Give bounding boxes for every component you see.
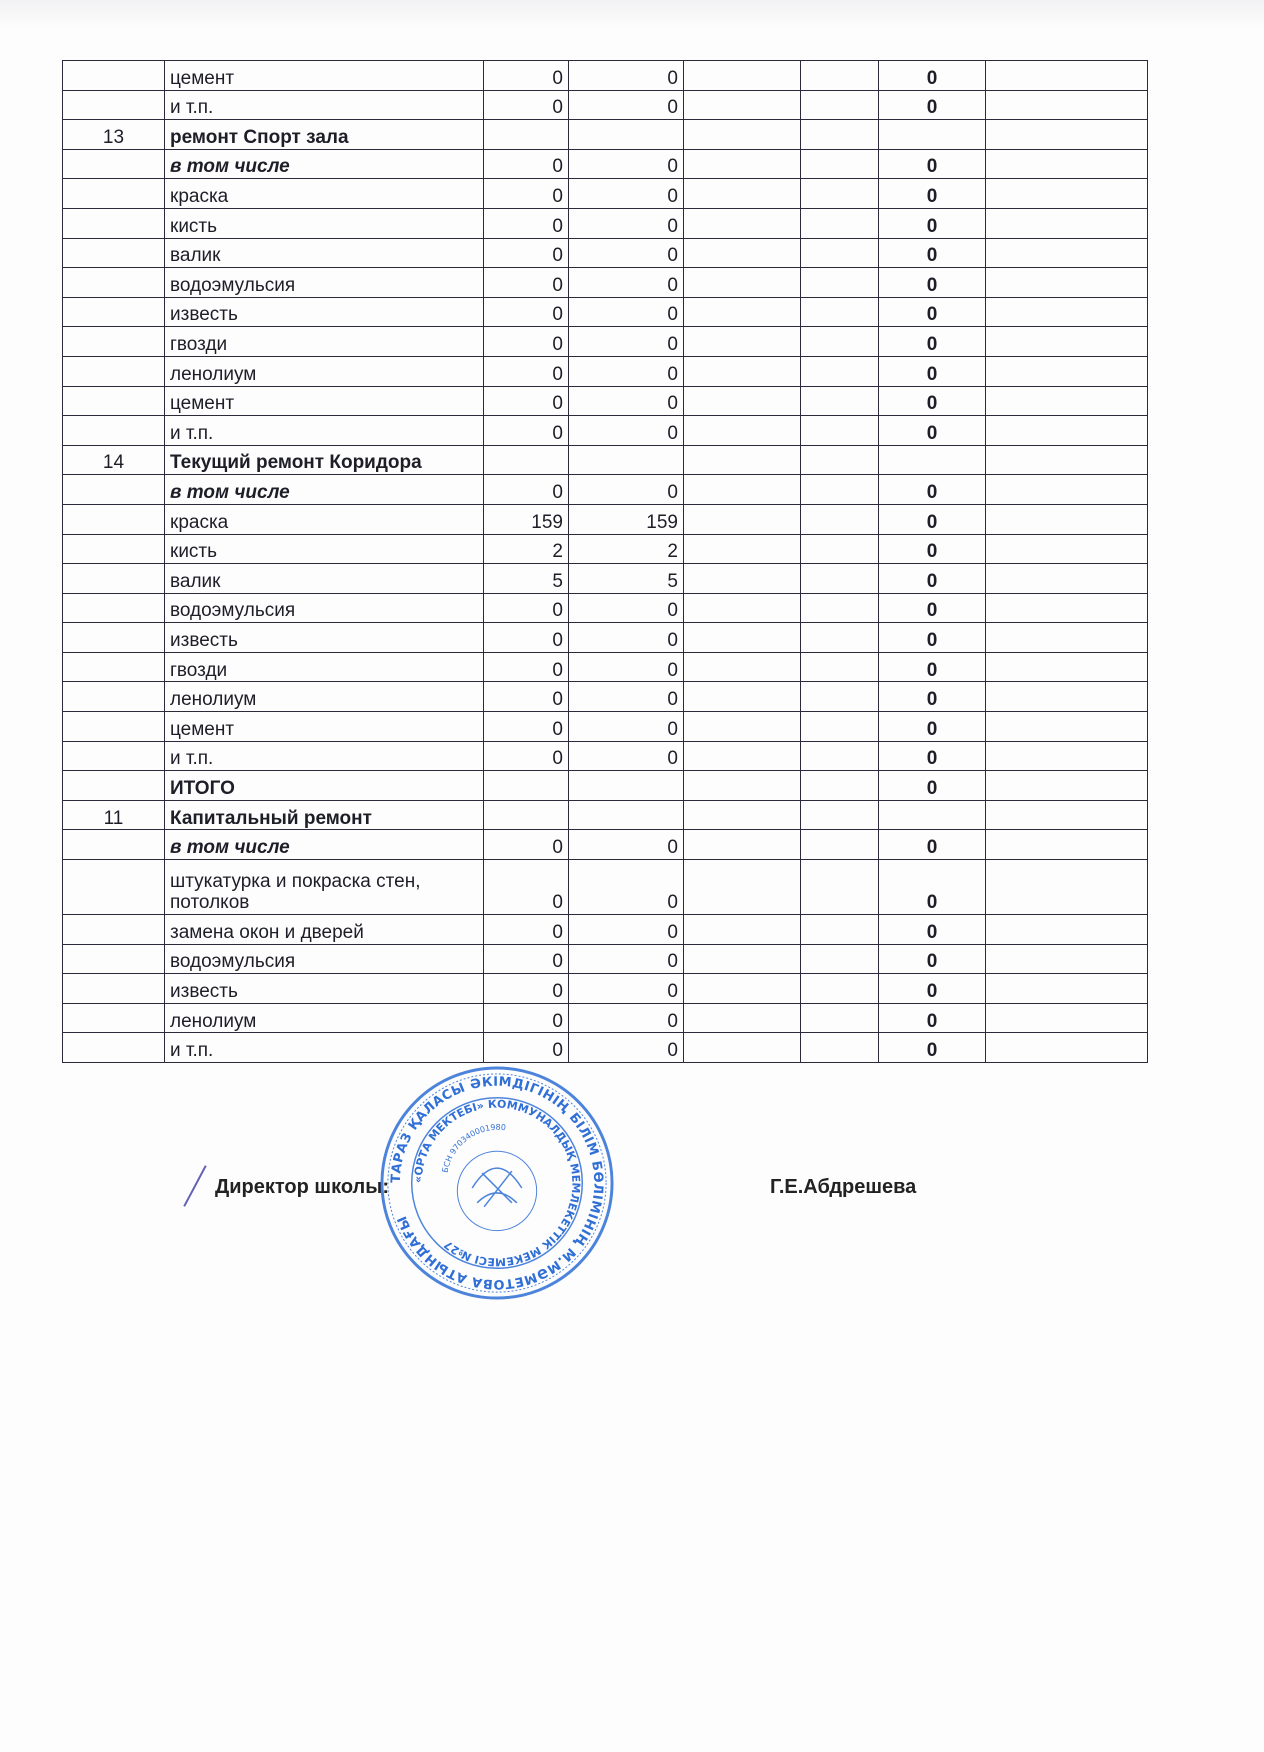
empty-cell bbox=[684, 149, 801, 179]
item-name: известь bbox=[165, 974, 484, 1004]
row-number bbox=[63, 944, 165, 974]
empty-cell bbox=[986, 297, 1148, 327]
value-total bbox=[879, 120, 986, 150]
row-number: 13 bbox=[63, 120, 165, 150]
svg-text:БСН 970340001980: БСН 970340001980 bbox=[440, 1123, 506, 1174]
row-number bbox=[63, 149, 165, 179]
value-total: 0 bbox=[879, 268, 986, 298]
value-planned bbox=[484, 800, 569, 830]
value-planned: 0 bbox=[484, 356, 569, 386]
empty-cell bbox=[801, 208, 879, 238]
value-planned: 0 bbox=[484, 593, 569, 623]
value-total: 0 bbox=[879, 208, 986, 238]
row-number bbox=[63, 416, 165, 446]
empty-cell bbox=[684, 741, 801, 771]
empty-cell bbox=[684, 238, 801, 268]
empty-cell bbox=[684, 830, 801, 860]
item-name: кисть bbox=[165, 208, 484, 238]
value-actual: 0 bbox=[569, 712, 684, 742]
table-row: и т.п.000 bbox=[63, 416, 1148, 446]
empty-cell bbox=[986, 327, 1148, 357]
value-planned: 0 bbox=[484, 61, 569, 91]
stamp-bin: БСН 970340001980 bbox=[440, 1123, 506, 1174]
value-actual: 2 bbox=[569, 534, 684, 564]
empty-cell bbox=[684, 534, 801, 564]
value-actual: 0 bbox=[569, 682, 684, 712]
empty-cell bbox=[684, 120, 801, 150]
empty-cell bbox=[684, 208, 801, 238]
value-total: 0 bbox=[879, 475, 986, 505]
empty-cell bbox=[986, 1033, 1148, 1063]
row-number bbox=[63, 1003, 165, 1033]
value-total: 0 bbox=[879, 238, 986, 268]
value-actual bbox=[569, 800, 684, 830]
row-number bbox=[63, 564, 165, 594]
value-planned: 0 bbox=[484, 208, 569, 238]
value-actual: 0 bbox=[569, 297, 684, 327]
empty-cell bbox=[801, 297, 879, 327]
value-total: 0 bbox=[879, 771, 986, 801]
row-number bbox=[63, 741, 165, 771]
empty-cell bbox=[684, 564, 801, 594]
row-number bbox=[63, 593, 165, 623]
value-actual: 0 bbox=[569, 416, 684, 446]
table-row: водоэмульсия000 bbox=[63, 944, 1148, 974]
empty-cell bbox=[684, 268, 801, 298]
value-actual: 0 bbox=[569, 149, 684, 179]
empty-cell bbox=[801, 475, 879, 505]
item-name: и т.п. bbox=[165, 1033, 484, 1063]
value-planned: 0 bbox=[484, 741, 569, 771]
table-row: штукатурка и покраска стен, потолков000 bbox=[63, 860, 1148, 915]
table-row: валик000 bbox=[63, 238, 1148, 268]
empty-cell bbox=[986, 682, 1148, 712]
value-actual: 0 bbox=[569, 386, 684, 416]
table-row: в том числе000 bbox=[63, 475, 1148, 505]
value-total: 0 bbox=[879, 534, 986, 564]
empty-cell bbox=[986, 475, 1148, 505]
empty-cell bbox=[684, 179, 801, 209]
empty-cell bbox=[684, 974, 801, 1004]
value-planned: 5 bbox=[484, 564, 569, 594]
empty-cell bbox=[986, 712, 1148, 742]
item-name: цемент bbox=[165, 712, 484, 742]
empty-cell bbox=[986, 915, 1148, 945]
value-actual: 0 bbox=[569, 179, 684, 209]
table-row: и т.п.000 bbox=[63, 90, 1148, 120]
empty-cell bbox=[684, 504, 801, 534]
empty-cell bbox=[801, 90, 879, 120]
value-planned: 0 bbox=[484, 386, 569, 416]
value-planned: 0 bbox=[484, 652, 569, 682]
empty-cell bbox=[684, 1003, 801, 1033]
row-number bbox=[63, 297, 165, 327]
row-number bbox=[63, 90, 165, 120]
row-number bbox=[63, 974, 165, 1004]
value-total: 0 bbox=[879, 682, 986, 712]
empty-cell bbox=[801, 1003, 879, 1033]
value-total: 0 bbox=[879, 504, 986, 534]
empty-cell bbox=[986, 623, 1148, 653]
value-total: 0 bbox=[879, 327, 986, 357]
item-name: в том числе bbox=[165, 830, 484, 860]
value-planned: 159 bbox=[484, 504, 569, 534]
empty-cell bbox=[986, 149, 1148, 179]
empty-cell bbox=[801, 564, 879, 594]
value-total: 0 bbox=[879, 386, 986, 416]
row-number bbox=[63, 61, 165, 91]
item-name: краска bbox=[165, 179, 484, 209]
item-name: краска bbox=[165, 504, 484, 534]
row-number bbox=[63, 1033, 165, 1063]
item-name: ремонт Спорт зала bbox=[165, 120, 484, 150]
value-total: 0 bbox=[879, 90, 986, 120]
empty-cell bbox=[986, 386, 1148, 416]
row-number bbox=[63, 208, 165, 238]
empty-cell bbox=[684, 915, 801, 945]
empty-cell bbox=[986, 593, 1148, 623]
value-actual: 0 bbox=[569, 741, 684, 771]
empty-cell bbox=[801, 682, 879, 712]
value-planned: 0 bbox=[484, 915, 569, 945]
row-number bbox=[63, 623, 165, 653]
item-name: ИТОГО bbox=[165, 771, 484, 801]
table-row: в том числе000 bbox=[63, 149, 1148, 179]
official-stamp: ТАРАЗ ҚАЛАСЫ ӘКІМДІГІНІҢ БІЛІМ БӨЛІМІНІҢ… bbox=[378, 1064, 616, 1302]
empty-cell bbox=[801, 386, 879, 416]
value-total: 0 bbox=[879, 356, 986, 386]
table-row: водоэмульсия000 bbox=[63, 593, 1148, 623]
empty-cell bbox=[986, 800, 1148, 830]
item-name: валик bbox=[165, 238, 484, 268]
empty-cell bbox=[684, 593, 801, 623]
value-planned: 0 bbox=[484, 974, 569, 1004]
item-name: цемент bbox=[165, 61, 484, 91]
row-number bbox=[63, 682, 165, 712]
director-label: Директор школы: bbox=[215, 1176, 389, 1199]
value-planned: 0 bbox=[484, 623, 569, 653]
value-total: 0 bbox=[879, 741, 986, 771]
empty-cell bbox=[986, 61, 1148, 91]
empty-cell bbox=[986, 445, 1148, 475]
empty-cell bbox=[684, 860, 801, 915]
empty-cell bbox=[801, 712, 879, 742]
value-actual: 0 bbox=[569, 61, 684, 91]
item-name: известь bbox=[165, 623, 484, 653]
value-total bbox=[879, 445, 986, 475]
value-total: 0 bbox=[879, 297, 986, 327]
row-number bbox=[63, 771, 165, 801]
item-name: штукатурка и покраска стен, потолков bbox=[165, 860, 484, 915]
value-actual bbox=[569, 120, 684, 150]
table-row: известь000 bbox=[63, 974, 1148, 1004]
empty-cell bbox=[684, 771, 801, 801]
item-name: в том числе bbox=[165, 475, 484, 505]
value-planned: 0 bbox=[484, 830, 569, 860]
signature-block: Директор школы: Г.Е.Абдрешева bbox=[0, 1176, 1264, 1206]
empty-cell bbox=[986, 90, 1148, 120]
empty-cell bbox=[801, 1033, 879, 1063]
value-actual: 0 bbox=[569, 860, 684, 915]
empty-cell bbox=[684, 652, 801, 682]
value-total: 0 bbox=[879, 1003, 986, 1033]
table-row: и т.п.000 bbox=[63, 1033, 1148, 1063]
empty-cell bbox=[986, 830, 1148, 860]
item-name: замена окон и дверей bbox=[165, 915, 484, 945]
empty-cell bbox=[801, 61, 879, 91]
value-actual: 0 bbox=[569, 1033, 684, 1063]
item-name: известь bbox=[165, 297, 484, 327]
table-row: ленолиум000 bbox=[63, 1003, 1148, 1033]
empty-cell bbox=[801, 915, 879, 945]
row-number bbox=[63, 356, 165, 386]
table-row: валик550 bbox=[63, 564, 1148, 594]
empty-cell bbox=[801, 149, 879, 179]
value-total: 0 bbox=[879, 860, 986, 915]
item-name: в том числе bbox=[165, 149, 484, 179]
row-number bbox=[63, 386, 165, 416]
empty-cell bbox=[986, 179, 1148, 209]
row-number bbox=[63, 327, 165, 357]
empty-cell bbox=[801, 327, 879, 357]
item-name: ленолиум bbox=[165, 356, 484, 386]
empty-cell bbox=[801, 623, 879, 653]
row-number bbox=[63, 860, 165, 915]
item-name: водоэмульсия bbox=[165, 944, 484, 974]
table-row: краска000 bbox=[63, 179, 1148, 209]
empty-cell bbox=[684, 944, 801, 974]
section-row: 14Текущий ремонт Коридора bbox=[63, 445, 1148, 475]
table-row: цемент000 bbox=[63, 61, 1148, 91]
value-planned: 0 bbox=[484, 238, 569, 268]
empty-cell bbox=[986, 268, 1148, 298]
empty-cell bbox=[986, 741, 1148, 771]
table-row: краска1591590 bbox=[63, 504, 1148, 534]
value-planned: 0 bbox=[484, 1033, 569, 1063]
value-actual bbox=[569, 771, 684, 801]
scan-edge bbox=[0, 0, 1264, 30]
empty-cell bbox=[986, 120, 1148, 150]
value-actual: 0 bbox=[569, 208, 684, 238]
row-number bbox=[63, 268, 165, 298]
value-planned: 0 bbox=[484, 149, 569, 179]
table-row: замена окон и дверей000 bbox=[63, 915, 1148, 945]
empty-cell bbox=[684, 682, 801, 712]
item-name: гвозди bbox=[165, 327, 484, 357]
item-name: Текущий ремонт Коридора bbox=[165, 445, 484, 475]
row-number bbox=[63, 830, 165, 860]
value-planned: 0 bbox=[484, 944, 569, 974]
empty-cell bbox=[801, 860, 879, 915]
empty-cell bbox=[986, 1003, 1148, 1033]
empty-cell bbox=[801, 800, 879, 830]
empty-cell bbox=[801, 504, 879, 534]
table-row: ленолиум000 bbox=[63, 682, 1148, 712]
value-actual: 0 bbox=[569, 974, 684, 1004]
row-number bbox=[63, 534, 165, 564]
empty-cell bbox=[986, 504, 1148, 534]
row-number bbox=[63, 475, 165, 505]
table-row: гвозди000 bbox=[63, 327, 1148, 357]
item-name: гвозди bbox=[165, 652, 484, 682]
value-actual: 0 bbox=[569, 915, 684, 945]
value-actual: 0 bbox=[569, 356, 684, 386]
table-row: цемент000 bbox=[63, 712, 1148, 742]
item-name: водоэмульсия bbox=[165, 268, 484, 298]
table-row: известь000 bbox=[63, 623, 1148, 653]
empty-cell bbox=[684, 297, 801, 327]
empty-cell bbox=[684, 90, 801, 120]
row-number bbox=[63, 652, 165, 682]
item-name: кисть bbox=[165, 534, 484, 564]
item-name: и т.п. bbox=[165, 416, 484, 446]
value-actual: 5 bbox=[569, 564, 684, 594]
value-actual: 0 bbox=[569, 944, 684, 974]
empty-cell bbox=[684, 386, 801, 416]
empty-cell bbox=[986, 416, 1148, 446]
empty-cell bbox=[684, 800, 801, 830]
empty-cell bbox=[684, 445, 801, 475]
row-number bbox=[63, 712, 165, 742]
section-row: 13 ремонт Спорт зала bbox=[63, 120, 1148, 150]
table-row: ленолиум000 bbox=[63, 356, 1148, 386]
empty-cell bbox=[684, 623, 801, 653]
empty-cell bbox=[986, 238, 1148, 268]
empty-cell bbox=[801, 268, 879, 298]
table-row: гвозди000 bbox=[63, 652, 1148, 682]
row-number bbox=[63, 504, 165, 534]
value-planned bbox=[484, 445, 569, 475]
value-planned: 0 bbox=[484, 712, 569, 742]
value-total: 0 bbox=[879, 61, 986, 91]
empty-cell bbox=[801, 179, 879, 209]
value-actual: 0 bbox=[569, 327, 684, 357]
value-actual: 159 bbox=[569, 504, 684, 534]
table-row: и т.п.000 bbox=[63, 741, 1148, 771]
value-planned: 0 bbox=[484, 860, 569, 915]
value-total: 0 bbox=[879, 652, 986, 682]
value-planned: 0 bbox=[484, 682, 569, 712]
value-planned: 2 bbox=[484, 534, 569, 564]
empty-cell bbox=[986, 534, 1148, 564]
empty-cell bbox=[801, 944, 879, 974]
empty-cell bbox=[986, 652, 1148, 682]
value-total: 0 bbox=[879, 915, 986, 945]
empty-cell bbox=[684, 416, 801, 446]
value-planned: 0 bbox=[484, 268, 569, 298]
row-number: 11 bbox=[63, 800, 165, 830]
value-actual: 0 bbox=[569, 593, 684, 623]
item-name: и т.п. bbox=[165, 741, 484, 771]
value-total: 0 bbox=[879, 623, 986, 653]
item-name: водоэмульсия bbox=[165, 593, 484, 623]
repair-budget-table: цемент000и т.п.00013 ремонт Спорт залав … bbox=[62, 60, 1148, 1063]
empty-cell bbox=[986, 974, 1148, 1004]
item-name: ленолиум bbox=[165, 1003, 484, 1033]
table-row: известь000 bbox=[63, 297, 1148, 327]
value-planned: 0 bbox=[484, 90, 569, 120]
row-number bbox=[63, 179, 165, 209]
value-planned: 0 bbox=[484, 327, 569, 357]
item-name: и т.п. bbox=[165, 90, 484, 120]
value-total bbox=[879, 800, 986, 830]
value-planned: 0 bbox=[484, 416, 569, 446]
value-total: 0 bbox=[879, 830, 986, 860]
value-actual bbox=[569, 445, 684, 475]
empty-cell bbox=[986, 944, 1148, 974]
value-actual: 0 bbox=[569, 268, 684, 298]
item-name: цемент bbox=[165, 386, 484, 416]
table-row: цемент000 bbox=[63, 386, 1148, 416]
value-actual: 0 bbox=[569, 238, 684, 268]
value-total: 0 bbox=[879, 944, 986, 974]
empty-cell bbox=[986, 208, 1148, 238]
empty-cell bbox=[801, 974, 879, 1004]
section-row: 11Капитальный ремонт bbox=[63, 800, 1148, 830]
item-name: ленолиум bbox=[165, 682, 484, 712]
empty-cell bbox=[684, 1033, 801, 1063]
value-actual: 0 bbox=[569, 623, 684, 653]
empty-cell bbox=[801, 830, 879, 860]
empty-cell bbox=[801, 741, 879, 771]
value-actual: 0 bbox=[569, 830, 684, 860]
value-planned bbox=[484, 120, 569, 150]
table-row: водоэмульсия000 bbox=[63, 268, 1148, 298]
empty-cell bbox=[684, 61, 801, 91]
empty-cell bbox=[986, 860, 1148, 915]
value-actual: 0 bbox=[569, 1003, 684, 1033]
empty-cell bbox=[801, 238, 879, 268]
value-planned: 0 bbox=[484, 179, 569, 209]
empty-cell bbox=[801, 652, 879, 682]
row-number bbox=[63, 915, 165, 945]
item-name: валик bbox=[165, 564, 484, 594]
value-total: 0 bbox=[879, 593, 986, 623]
empty-cell bbox=[684, 356, 801, 386]
row-number bbox=[63, 238, 165, 268]
empty-cell bbox=[684, 712, 801, 742]
value-total: 0 bbox=[879, 564, 986, 594]
empty-cell bbox=[801, 416, 879, 446]
value-actual: 0 bbox=[569, 652, 684, 682]
value-total: 0 bbox=[879, 416, 986, 446]
value-planned: 0 bbox=[484, 297, 569, 327]
empty-cell bbox=[684, 475, 801, 505]
value-planned: 0 bbox=[484, 1003, 569, 1033]
value-actual: 0 bbox=[569, 475, 684, 505]
empty-cell bbox=[986, 771, 1148, 801]
empty-cell bbox=[801, 120, 879, 150]
value-total: 0 bbox=[879, 1033, 986, 1063]
value-total: 0 bbox=[879, 974, 986, 1004]
table-row: кисть220 bbox=[63, 534, 1148, 564]
value-total: 0 bbox=[879, 149, 986, 179]
empty-cell bbox=[801, 771, 879, 801]
empty-cell bbox=[801, 593, 879, 623]
value-planned: 0 bbox=[484, 475, 569, 505]
empty-cell bbox=[801, 445, 879, 475]
table-row: кисть000 bbox=[63, 208, 1148, 238]
item-name: Капитальный ремонт bbox=[165, 800, 484, 830]
value-total: 0 bbox=[879, 179, 986, 209]
table-row: в том числе000 bbox=[63, 830, 1148, 860]
empty-cell bbox=[986, 356, 1148, 386]
empty-cell bbox=[684, 327, 801, 357]
row-number: 14 bbox=[63, 445, 165, 475]
director-name: Г.Е.Абдрешева bbox=[770, 1176, 916, 1199]
empty-cell bbox=[801, 356, 879, 386]
total-row: ИТОГО0 bbox=[63, 771, 1148, 801]
